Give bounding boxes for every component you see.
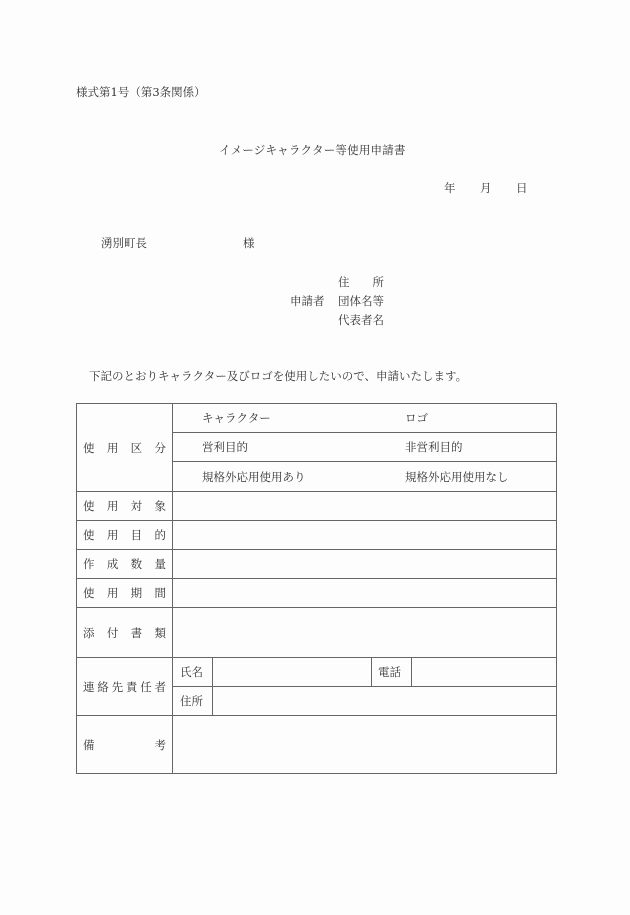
production-quantity-field[interactable] — [173, 550, 557, 579]
date-month-field[interactable]: 月 — [480, 180, 516, 196]
application-table: 使 用 区 分 キャラクター ロゴ 営利目的 非営利目的 規格外応用使用あり 規… — [76, 403, 557, 774]
contact-name-field[interactable] — [213, 658, 372, 687]
date-day-field[interactable]: 日 — [516, 180, 528, 196]
usage-option-row-1: キャラクター ロゴ — [173, 404, 557, 433]
usage-category-label: 使 用 区 分 — [77, 404, 173, 492]
option-nonstandard-yes[interactable]: 規格外応用使用あり — [202, 469, 405, 485]
production-quantity-label: 作成数量 — [77, 550, 173, 579]
attachments-label: 添付書類 — [77, 608, 173, 658]
applicant-representative-field[interactable]: 代表者名 — [338, 311, 384, 330]
contact-address-field[interactable] — [213, 687, 557, 716]
option-noncommercial[interactable]: 非営利目的 — [405, 439, 463, 455]
contact-tel-label: 電話 — [372, 658, 412, 687]
attachments-field[interactable] — [173, 608, 557, 658]
usage-period-label: 使用期間 — [77, 579, 173, 608]
usage-target-field[interactable] — [173, 492, 557, 521]
option-commercial[interactable]: 営利目的 — [202, 439, 405, 455]
usage-period-field[interactable] — [173, 579, 557, 608]
option-logo[interactable]: ロゴ — [405, 410, 428, 426]
usage-option-row-3: 規格外応用使用あり 規格外応用使用なし — [173, 462, 557, 492]
usage-target-label: 使用対象 — [77, 492, 173, 521]
usage-purpose-label: 使用目的 — [77, 521, 173, 550]
addressee-honorific: 様 — [243, 235, 255, 251]
option-character[interactable]: キャラクター — [202, 410, 405, 426]
contact-person-label: 連絡先責任者 — [77, 658, 173, 716]
contact-address-label: 住所 — [173, 687, 213, 716]
remarks-label: 備考 — [77, 716, 173, 774]
addressee-name: 湧別町長 — [101, 235, 147, 251]
remarks-field[interactable] — [173, 716, 557, 774]
applicant-block: 住 所 申請者団体名等 代表者名 — [290, 273, 384, 330]
applicant-org-field[interactable]: 団体名等 — [338, 292, 384, 311]
option-nonstandard-no[interactable]: 規格外応用使用なし — [405, 469, 509, 485]
date-line: 年月日 — [444, 180, 528, 196]
statement-text: 下記のとおりキャラクター及びロゴを使用したいので、申請いたします。 — [89, 368, 467, 384]
document-title: イメージキャラクター等使用申請書 — [219, 142, 406, 158]
contact-tel-field[interactable] — [412, 658, 557, 687]
usage-option-row-2: 営利目的 非営利目的 — [173, 433, 557, 462]
date-year-field[interactable]: 年 — [444, 180, 480, 196]
applicant-label: 申請者 — [290, 292, 338, 311]
applicant-address-field[interactable]: 住 所 — [338, 273, 384, 292]
usage-purpose-field[interactable] — [173, 521, 557, 550]
form-number: 様式第1号（第3条関係） — [76, 84, 206, 100]
contact-name-label: 氏名 — [173, 658, 213, 687]
